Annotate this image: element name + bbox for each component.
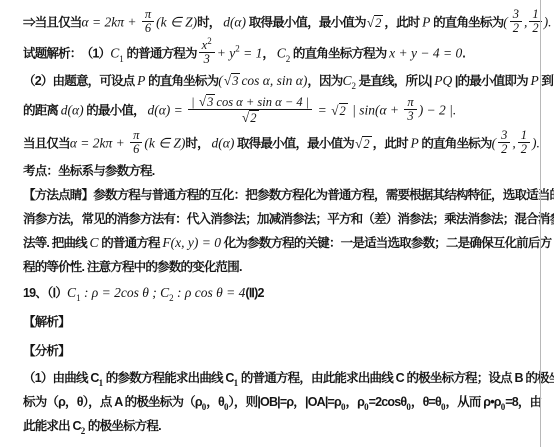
chinese-text: ，从而 ρ•ρ [446,395,501,409]
math-text: 2 [513,21,519,35]
chinese-text: （1）由曲线 C [23,371,99,385]
math-text: (k ∈ Z) [144,136,185,151]
chinese-text: 法等. 把曲线 [23,236,90,250]
superscript: 2 [207,36,212,46]
chinese-text: 的直角坐标为 [419,137,492,151]
math-text: + y [217,46,235,61]
text-line: 的距离 d(α) 的最小值， d(α) = | √3cos α + sin α … [23,95,540,126]
text-line: 此能求出 C2 的极坐标方程. [23,416,540,436]
math-text: cos α + sin α − 4 | [216,95,309,109]
math-text: d(α) [61,103,84,118]
chinese-text: 的普通方程 [99,236,163,250]
text-line: 法等. 把曲线 C 的普通方程 F(x, y) = 0 化为参数方程的关键：一是… [23,233,540,253]
chinese-text: 时， [197,16,223,30]
math-text: F(x, y) = 0 [162,235,221,250]
math-text: C [67,285,76,300]
chinese-text: 【分析】 [23,344,70,358]
math-text: ) − 2 |. [419,103,457,118]
math-text: 3 [407,109,413,123]
math-text: 1 [532,7,538,21]
chinese-text: ，ρ [345,395,364,409]
chinese-text: 的直角坐标方程为 [290,47,389,61]
math-text: x + y − 4 = 0 [389,46,462,61]
fraction: π6 [130,129,142,156]
fraction: 32 [510,8,522,35]
math-text: 3 [232,74,238,88]
chinese-text: ，因为 [307,74,342,88]
chinese-text: 消参方法，常见的消参方法有：代入消参法；加减消参法；平方和（差）消参法；乘法消参… [23,212,554,226]
math-text: ( [492,136,497,151]
chinese-text: . [462,47,465,61]
chinese-text: 的直角坐标为 [145,74,218,88]
chinese-text: 取得最小值，最小值为 [246,16,366,30]
radical: √2 [367,13,384,33]
math-text: α = 2kπ + [82,15,140,30]
math-text: ( [503,15,508,30]
math-text: | sin(α + [349,103,403,118]
math-text: 3 [207,95,213,109]
chinese-text: |的最小值即为 [452,74,530,88]
chinese-text: 19、（Ⅰ） [23,286,67,300]
chinese-text: ，此时 [373,137,411,151]
math-text: α = 2kπ + [70,136,128,151]
chinese-text: 标为（ρ，θ），点 A 的极坐标为（ρ [23,395,202,409]
text-line: （2）由题意，可设点 P 的直角坐标为(√3cos α, sin α)，因为C2… [23,71,540,91]
math-text: 3 [513,7,519,21]
chinese-text: ，此时 [384,16,422,30]
text-line: 19、（Ⅰ）C1 : ρ = 2cos θ ; C2 : ρ cos θ = 4… [23,283,540,303]
math-text: = 1 [240,46,263,61]
chinese-text: 考点：坐标系与参数方程. [23,164,154,178]
radical: √3 [199,94,216,109]
chinese-text: 的直角坐标为 [430,16,503,30]
chinese-text: (Ⅱ)2 [245,286,263,300]
math-text: ( [218,73,223,88]
fraction: 32 [498,129,510,156]
math-text: 2 [250,111,256,125]
chinese-text: 程的等价性. 注意方程中的参数的变化范围. [23,260,242,274]
chinese-text: ），则|OB|=ρ，|OA|=ρ [228,395,341,409]
math-text: d(α) [223,15,246,30]
chinese-text: ，θ=θ [411,395,441,409]
math-text: π [145,7,151,21]
chinese-text: （2）由题意，可设点 [23,74,137,88]
math-text: 2 [375,16,381,30]
text-line: 考点：坐标系与参数方程. [23,161,540,181]
text-line: 【方法点睛】参数方程与普通方程的互化：把参数方程化为普通方程，需要根据其结构特征… [23,185,540,205]
math-text: PQ [434,73,452,88]
chinese-text: 取得最小值，最小值为 [234,137,354,151]
chinese-text: 到 [539,74,554,88]
text-line: 【解析】 [23,312,540,332]
math-text: 6 [133,142,139,156]
text-line: 标为（ρ，θ），点 A 的极坐标为（ρ0，θ0），则|OB|=ρ，|OA|=ρ0… [23,392,540,412]
math-text: | [191,95,198,109]
math-text: π [133,128,139,142]
chinese-text: 的普通方程为 [124,47,197,61]
math-text: 2 [501,142,507,156]
fraction: π3 [404,96,416,123]
math-text: 2 [363,137,369,151]
math-text: cos α, sin α) [241,73,307,88]
math-text: 2 [340,104,346,118]
fraction: | √3cos α + sin α − 4 |√2 [188,94,312,125]
chinese-text: 时， [185,137,211,151]
chinese-text: ⇒当且仅当 [23,16,82,30]
math-text: = [314,103,330,118]
radical: √2 [242,110,259,125]
math-text: ). [544,15,552,30]
solution-document-page: ⇒当且仅当α = 2kπ + π6(k ∈ Z)时， d(α) 取得最小值，最小… [0,0,554,447]
math-text: 1 [521,128,527,142]
math-text: C [110,46,119,61]
radical: √3 [224,71,241,91]
chinese-text: 试题解析： （1） [23,47,110,61]
math-text: 3 [204,52,210,66]
text-line: 【分析】 [23,341,540,361]
fraction: 12 [518,129,530,156]
chinese-text: 【方法点睛】参数方程与普通方程的互化：把参数方程化为普通方程，需要根据其结构特征… [23,188,554,202]
radical: √2 [355,134,372,154]
chinese-text: 化为参数方程的关键：一是适当选取参数；二是确保互化前后方 [221,236,551,250]
math-text: 6 [145,21,151,35]
chinese-text: =2cosθ [369,395,407,409]
document-body: ⇒当且仅当α = 2kπ + π6(k ∈ Z)时， d(α) 取得最小值，最小… [23,9,540,436]
math-text: (k ∈ Z) [156,15,197,30]
text-line: 消参方法，常见的消参方法有：代入消参法；加减消参法；平方和（差）消参法；乘法消参… [23,209,540,229]
math-text: : ρ = 2cos θ ; C [81,285,170,300]
chinese-text: 【解析】 [23,315,70,329]
math-text: 2 [532,21,538,35]
text-line: 试题解析： （1）C1 的普通方程为x23+ y2 = 1， C2 的直角坐标方… [23,40,540,67]
math-text: , [524,15,527,30]
chinese-text: 是直线，所以| [356,74,434,88]
math-text: P [410,136,418,151]
math-text: d(α) [211,136,234,151]
chinese-text: 的参数方程能求出曲线 C [103,371,234,385]
math-text: : ρ cos θ = 4 [174,285,246,300]
text-line: 程的等价性. 注意方程中的参数的变化范围. [23,257,540,277]
math-text: d(α) = [147,103,186,118]
chinese-text: 的普通方程，由此能求出曲线 C 的极坐标方程；设点 B 的极坐 [238,371,554,385]
chinese-text: 的极坐标方程. [85,419,161,433]
math-text: P [530,73,538,88]
math-text: , [512,136,515,151]
math-text: 3 [501,128,507,142]
fraction: π6 [142,8,154,35]
text-line: ⇒当且仅当α = 2kπ + π6(k ∈ Z)时， d(α) 取得最小值，最小… [23,9,540,36]
chinese-text: 当且仅当 [23,137,70,151]
math-text: ). [532,136,540,151]
page-edge-line [540,0,541,447]
chinese-text: =8，由 [505,395,541,409]
chinese-text: ，θ [206,395,224,409]
chinese-text: 的距离 [23,104,61,118]
radical: √2 [331,101,348,121]
text-line: （1）由曲线 C1 的参数方程能求出曲线 C1 的普通方程，由此能求出曲线 C … [23,368,540,388]
math-text: C [90,235,99,250]
chinese-text: 的最小值， [84,104,148,118]
math-text: C [277,46,286,61]
math-text: 2 [521,142,527,156]
math-text: π [407,95,413,109]
fraction: x23 [199,39,215,66]
chinese-text: 此能求出 C [23,419,81,433]
text-line: 当且仅当α = 2kπ + π6(k ∈ Z)时， d(α) 取得最小值，最小值… [23,130,540,157]
chinese-text: ， [262,47,276,61]
